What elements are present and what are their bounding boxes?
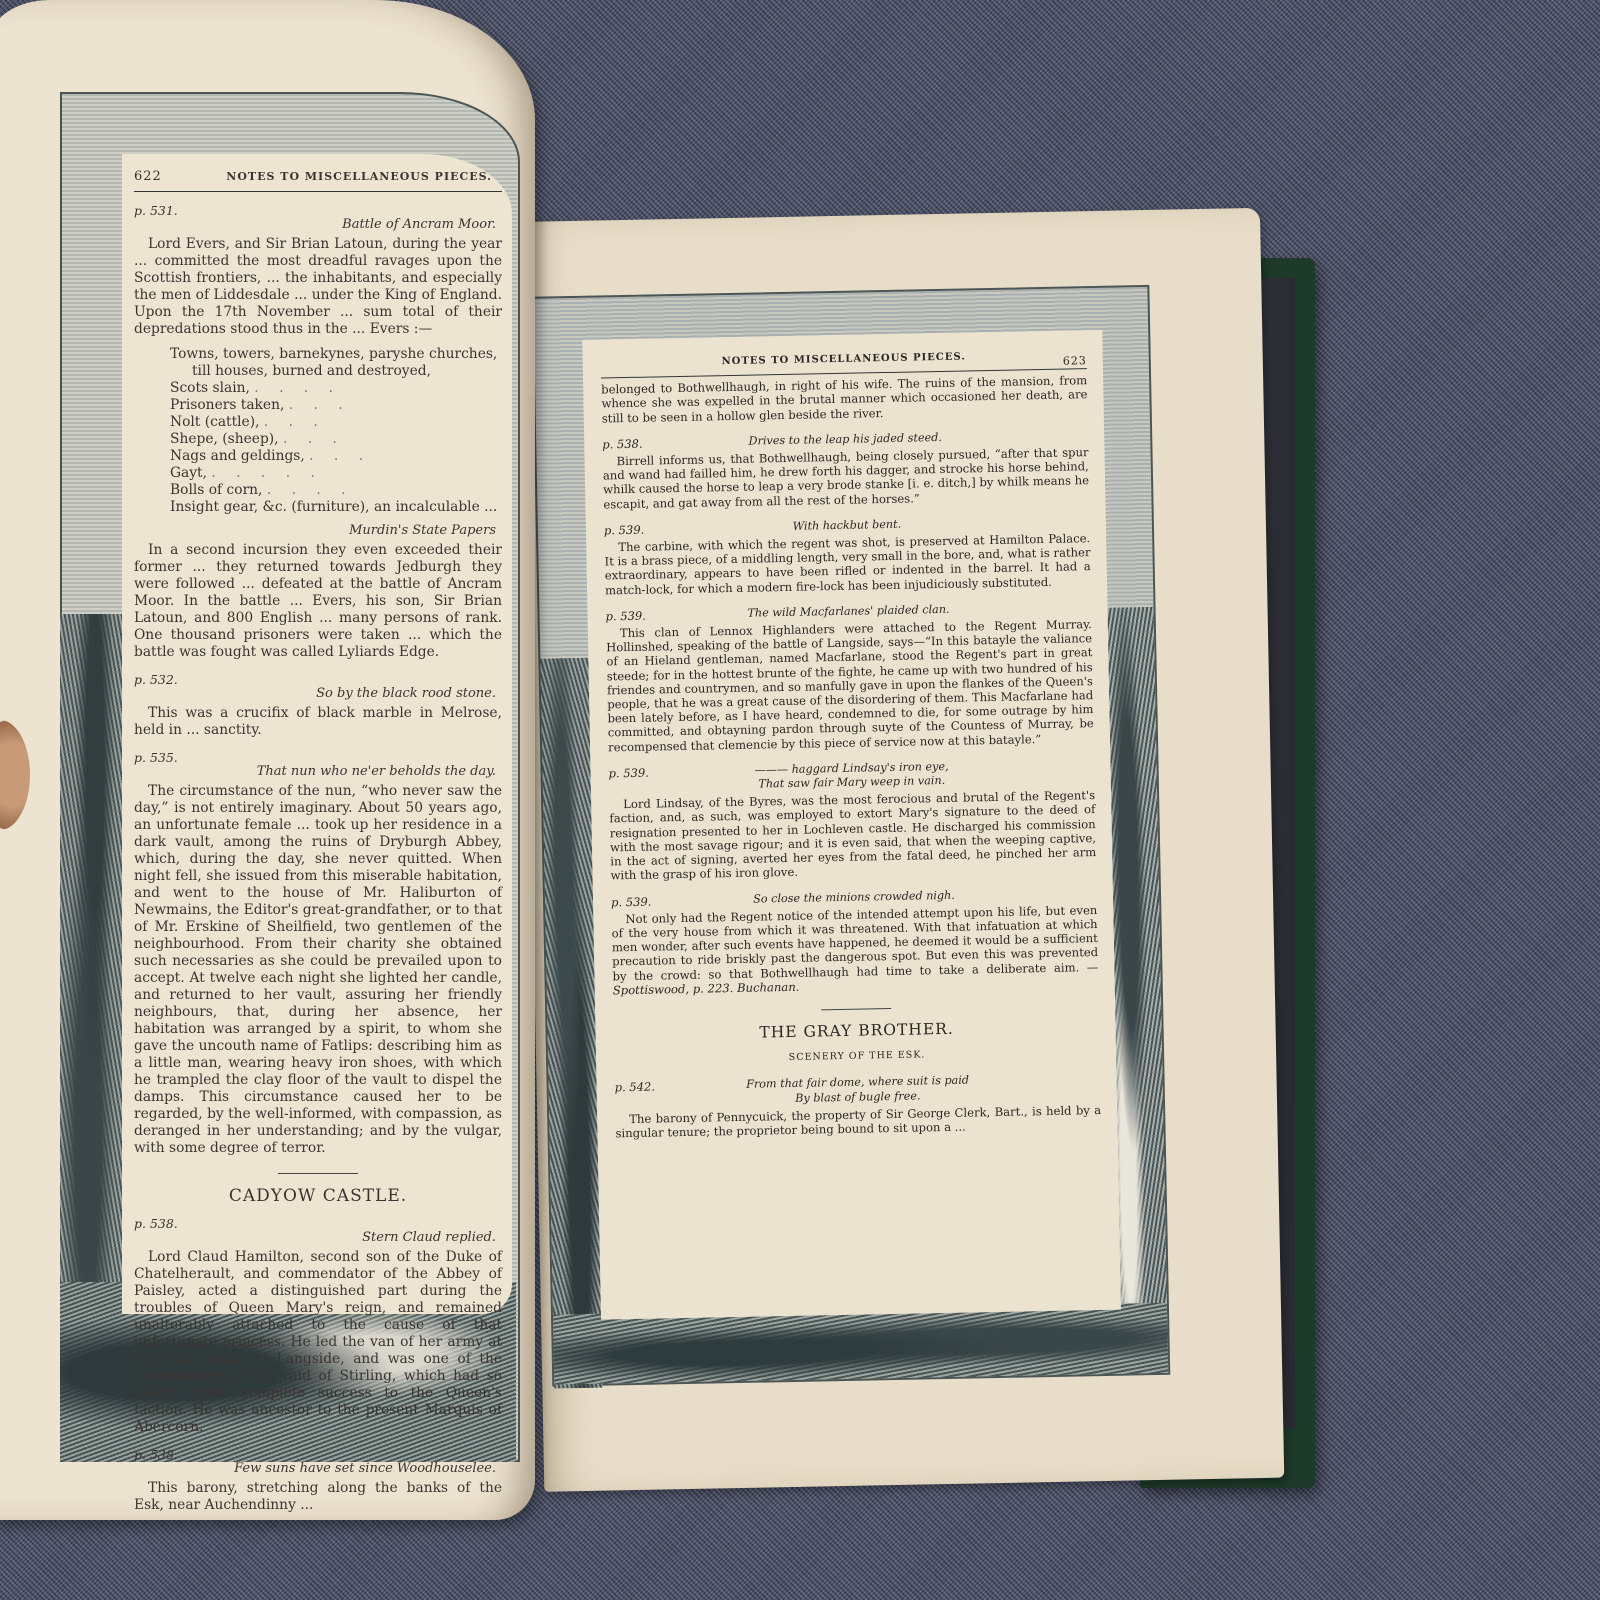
tally-item: Bolls of corn, . . . . — [170, 482, 502, 499]
note-body: This barony, stretching along the banks … — [134, 1480, 502, 1514]
tally-item: Shepe, (sheep), . . . — [170, 431, 502, 448]
note: p. 539.So close the minions crowded nigh… — [611, 886, 1099, 998]
engraving-trees — [60, 614, 130, 1354]
incursion-paragraph: In a second incursion they even exceeded… — [134, 542, 502, 661]
note-ref: p. 542. — [615, 1080, 656, 1095]
note-body: This clan of Lennox Highlanders were att… — [606, 617, 1094, 754]
engraved-border: 622 NOTES TO MISCELLANEOUS PIECES. p. 53… — [60, 92, 520, 1462]
note-ref: p. 531. — [134, 202, 178, 219]
note-cue: So by the black rood stone. — [134, 685, 502, 702]
tally-source: Murdin's State Papers — [134, 522, 502, 539]
section-divider — [821, 1008, 891, 1010]
note: p. 539.——— haggard Lindsay's iron eye,Th… — [608, 757, 1096, 883]
note-body: Lord Lindsay, of the Byres, was the most… — [609, 788, 1097, 883]
note-cue: Stern Claud replied. — [134, 1229, 502, 1246]
note-body: This was a crucifix of black marble in M… — [134, 705, 502, 739]
note: p. 539.With hackbut bent. The carbine, w… — [604, 514, 1091, 597]
depredation-tally: Towns, towers, barnekynes, paryshe churc… — [170, 346, 502, 516]
note: p. 542.From that fair dome, where suit i… — [615, 1071, 1102, 1140]
tally-item: Nolt (cattle), . . . — [170, 414, 502, 431]
tally-item: Prisoners taken, . . . — [170, 397, 502, 414]
running-head: NOTES TO MISCELLANEOUS PIECES. 623 — [601, 348, 1087, 372]
note-ref: p. 539. — [605, 609, 646, 624]
section-subtitle: SCENERY OF THE ESK. — [614, 1045, 1100, 1069]
tally-item: Nags and geldings, . . . — [170, 448, 502, 465]
note-cue: Battle of Ancram Moor. — [134, 216, 502, 233]
section-title: THE GRAY BROTHER. — [613, 1019, 1099, 1043]
right-text-block: NOTES TO MISCELLANEOUS PIECES. 623 belon… — [582, 330, 1121, 1320]
note: p. 538.Drives to the leap his jaded stee… — [602, 428, 1089, 511]
head-rule — [134, 191, 502, 192]
tally-item: Insight gear, &c. (furniture), an incalc… — [170, 499, 502, 516]
left-page: 622 NOTES TO MISCELLANEOUS PIECES. p. 53… — [0, 0, 535, 1520]
note: p. 538. Stern Claud replied. Lord Claud … — [134, 1215, 502, 1436]
tally-item: Towns, towers, barnekynes, paryshe churc… — [170, 346, 502, 363]
note-ref: p. 538. — [602, 437, 643, 452]
continuation-text: belonged to Bothwellhaugh, in right of h… — [601, 373, 1088, 425]
right-page: NOTES TO MISCELLANEOUS PIECES. 623 belon… — [520, 208, 1284, 1492]
tally-item: Gayt, . . . . . — [170, 465, 502, 482]
page-number: 622 — [134, 168, 162, 185]
note: p. 531. Battle of Ancram Moor. Lord Ever… — [134, 202, 502, 338]
running-head-title: NOTES TO MISCELLANEOUS PIECES. — [721, 351, 965, 367]
page-number: 623 — [1063, 354, 1087, 369]
note-ref: p. 538. — [134, 1215, 178, 1232]
note-body: The circumstance of the nun, “who never … — [134, 783, 502, 1157]
engraved-border: NOTES TO MISCELLANEOUS PIECES. 623 belon… — [531, 285, 1170, 1387]
note-ref: p. 535. — [134, 749, 178, 766]
tally-item: till houses, burned and destroyed, — [170, 363, 502, 380]
note-body-text: Not only had the Regent notice of the in… — [612, 903, 1099, 983]
section-divider — [278, 1173, 358, 1174]
section-title: CADYOW CASTLE. — [134, 1188, 502, 1205]
running-head: 622 NOTES TO MISCELLANEOUS PIECES. — [134, 168, 502, 185]
note-body: The carbine, with which the regent was s… — [604, 531, 1091, 597]
note: p. 532. So by the black rood stone. This… — [134, 671, 502, 739]
note-cue: Few suns have set since Woodhouselee. — [134, 1460, 502, 1477]
note-ref: p. 539. — [604, 523, 645, 538]
note: p. 538. Few suns have set since Woodhous… — [134, 1446, 502, 1514]
note-body: Lord Claud Hamilton, second son of the D… — [134, 1249, 502, 1436]
note-body: Not only had the Regent notice of the in… — [611, 903, 1099, 998]
note-ref: p. 539. — [608, 766, 649, 781]
note-body: Birrell informs us, that Bothwellhaugh, … — [602, 445, 1089, 511]
left-text-block: 622 NOTES TO MISCELLANEOUS PIECES. p. 53… — [122, 154, 512, 1314]
note-body: Lord Evers, and Sir Brian Latoun, during… — [134, 236, 502, 338]
note: p. 539.The wild Macfarlanes' plaided cla… — [605, 600, 1094, 754]
note: p. 535. That nun who ne'er beholds the d… — [134, 749, 502, 1157]
note-body: The barony of Pennycuick, the property o… — [615, 1103, 1101, 1141]
running-head-title: NOTES TO MISCELLANEOUS PIECES. — [226, 170, 492, 183]
note-cue: That nun who ne'er beholds the day. — [134, 763, 502, 780]
note-ref: p. 532. — [134, 671, 178, 688]
tally-item: Scots slain, . . . . — [170, 380, 502, 397]
note-ref: p. 538. — [134, 1446, 178, 1463]
note-ref: p. 539. — [611, 894, 652, 909]
